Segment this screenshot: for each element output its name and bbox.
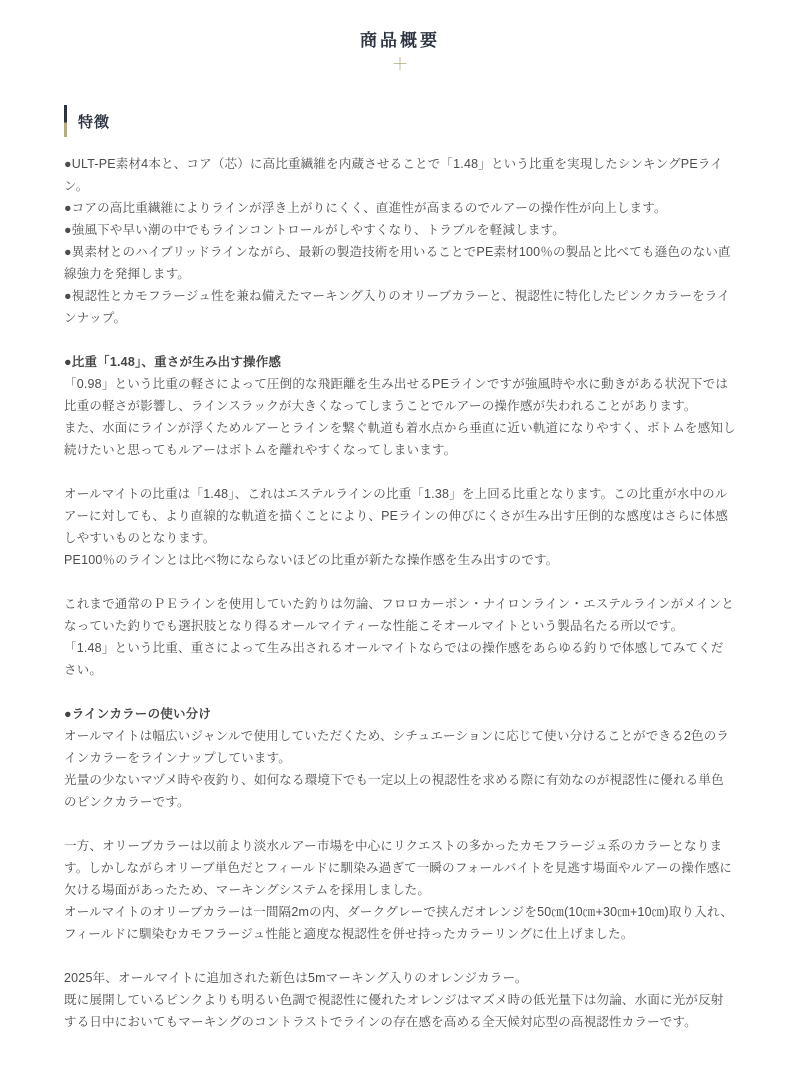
paragraph-block: 一方、オリーブカラーは以前より淡水ルアー市場を中心にリクエストの多かったカモフラ… — [64, 835, 736, 945]
feature-bullet: ●コアの高比重繊維によりラインが浮き上がりにくく、直進性が高まるのでルアーの操作… — [64, 197, 736, 219]
feature-bullet: ●異素材とのハイブリッドラインながら、最新の製造技術を用いることでPE素材100… — [64, 241, 736, 285]
paragraph-line: また、水面にラインが浮くためルアーとラインを繋ぐ軌道も着水点から垂直に近い軌道に… — [64, 417, 736, 461]
feature-bullet: ●ULT-PE素材4本と、コア（芯）に高比重繊維を内蔵させることで「1.48」と… — [64, 153, 736, 197]
plus-toggle-icon[interactable]: ＋ — [64, 56, 736, 73]
section-heading-line-colors: ●ラインカラーの使い分け — [64, 703, 736, 725]
paragraph-line: 2025年、オールマイトに追加された新色は5mマーキング入りのオレンジカラー。 — [64, 967, 736, 989]
heading-accent-bar — [64, 105, 67, 137]
paragraph-line: 光量の少ないマヅメ時や夜釣り、如何なる環境下でも一定以上の視認性を求める際に有効… — [64, 769, 736, 813]
paragraph-line: オールマイトの比重は「1.48」、これはエステルラインの比重「1.38」を上回る… — [64, 483, 736, 549]
paragraph-block: これまで通常のＰＥラインを使用していた釣りは勿論、フロロカーボン・ナイロンライン… — [64, 593, 736, 681]
paragraph-line: 一方、オリーブカラーは以前より淡水ルアー市場を中心にリクエストの多かったカモフラ… — [64, 835, 736, 901]
features-section-heading: 特徴 — [64, 105, 736, 137]
features-bullet-list: ●ULT-PE素材4本と、コア（芯）に高比重繊維を内蔵させることで「1.48」と… — [64, 153, 736, 329]
section-heading-specific-gravity: ●比重「1.48」、重さが生み出す操作感 — [64, 351, 736, 373]
paragraph-line: オールマイトのオリーブカラーは一間隔2mの内、ダークグレーで挟んだオレンジを50… — [64, 901, 736, 945]
paragraph-block: 2025年、オールマイトに追加された新色は5mマーキング入りのオレンジカラー。 … — [64, 967, 736, 1033]
features-heading-label: 特徴 — [78, 111, 110, 132]
paragraph-block: オールマイトの比重は「1.48」、これはエステルラインの比重「1.38」を上回る… — [64, 483, 736, 571]
paragraph-line: PE100％のラインとは比べ物にならないほどの比重が新たな操作感を生み出すのです… — [64, 549, 736, 571]
paragraph-line: 「1.48」という比重、重さによって生み出されるオールマイトならではの操作感をあ… — [64, 637, 736, 681]
feature-bullet: ●強風下や早い潮の中でもラインコントロールがしやすくなり、トラブルを軽減します。 — [64, 219, 736, 241]
paragraph-line: 「0.98」という比重の軽さによって圧倒的な飛距離を生み出せるPEラインですが強… — [64, 373, 736, 417]
paragraph-line: オールマイトは幅広いジャンルで使用していただくため、シチュエーションに応じて使い… — [64, 725, 736, 769]
page-title: 商品概要 — [64, 24, 736, 51]
product-overview-page: 商品概要 ＋ 特徴 ●ULT-PE素材4本と、コア（芯）に高比重繊維を内蔵させる… — [0, 0, 800, 1073]
paragraph-line: これまで通常のＰＥラインを使用していた釣りは勿論、フロロカーボン・ナイロンライン… — [64, 593, 736, 637]
paragraph-line: 既に展開しているピンクよりも明るい色調で視認性に優れたオレンジはマズメ時の低光量… — [64, 989, 736, 1033]
paragraph-block: 「0.98」という比重の軽さによって圧倒的な飛距離を生み出せるPEラインですが強… — [64, 373, 736, 461]
section-body-specific-gravity: 「0.98」という比重の軽さによって圧倒的な飛距離を生み出せるPEラインですが強… — [64, 373, 736, 681]
feature-bullet: ●視認性とカモフラージュ性を兼ね備えたマーキング入りのオリーブカラーと、視認性に… — [64, 285, 736, 329]
paragraph-block: オールマイトは幅広いジャンルで使用していただくため、シチュエーションに応じて使い… — [64, 725, 736, 813]
section-body-line-colors: オールマイトは幅広いジャンルで使用していただくため、シチュエーションに応じて使い… — [64, 725, 736, 1033]
